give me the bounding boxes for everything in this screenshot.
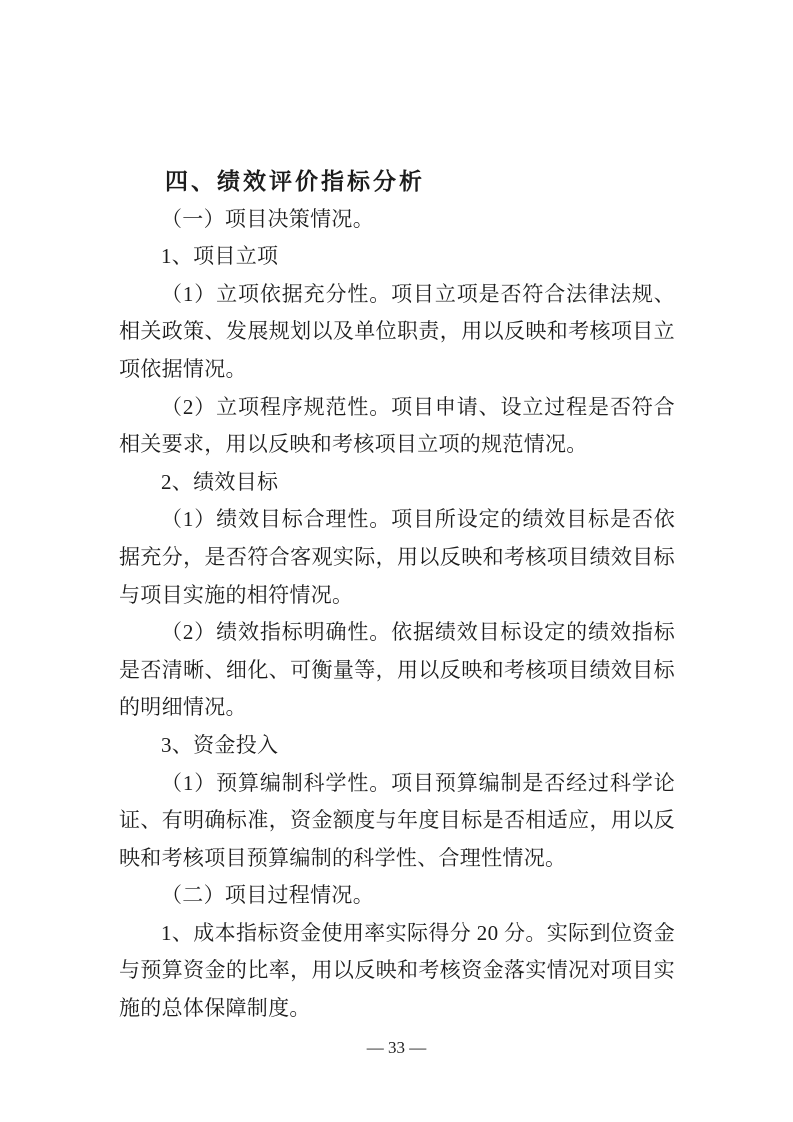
body-paragraph: （1）绩效目标合理性。项目所设定的绩效目标是否依据充分，是否符合客观实际，用以反… xyxy=(119,501,675,614)
body-paragraph: 1、项目立项 xyxy=(119,238,675,276)
body-paragraph: 3、资金投入 xyxy=(119,727,675,765)
body-paragraph: （一）项目决策情况。 xyxy=(119,201,675,239)
body-paragraph: （二）项目过程情况。 xyxy=(119,877,675,915)
body-paragraph: 2、绩效目标 xyxy=(119,464,675,502)
section-heading: 四、绩效评价指标分析 xyxy=(119,163,675,201)
document-page: 四、绩效评价指标分析 （一）项目决策情况。 1、项目立项 （1）立项依据充分性。… xyxy=(0,0,793,1122)
body-paragraph: 1、成本指标资金使用率实际得分 20 分。实际到位资金与预算资金的比率，用以反映… xyxy=(119,915,675,1028)
body-paragraph: （2）立项程序规范性。项目申请、设立过程是否符合相关要求，用以反映和考核项目立项… xyxy=(119,389,675,464)
document-body: 四、绩效评价指标分析 （一）项目决策情况。 1、项目立项 （1）立项依据充分性。… xyxy=(119,163,675,1028)
body-paragraph: （1）立项依据充分性。项目立项是否符合法律法规、相关政策、发展规划以及单位职责，… xyxy=(119,276,675,389)
page-number: — 33 — xyxy=(0,1038,793,1058)
body-paragraph: （2）绩效指标明确性。依据绩效目标设定的绩效指标是否清晰、细化、可衡量等，用以反… xyxy=(119,614,675,727)
body-paragraph: （1）预算编制科学性。项目预算编制是否经过科学论证、有明确标准，资金额度与年度目… xyxy=(119,765,675,878)
